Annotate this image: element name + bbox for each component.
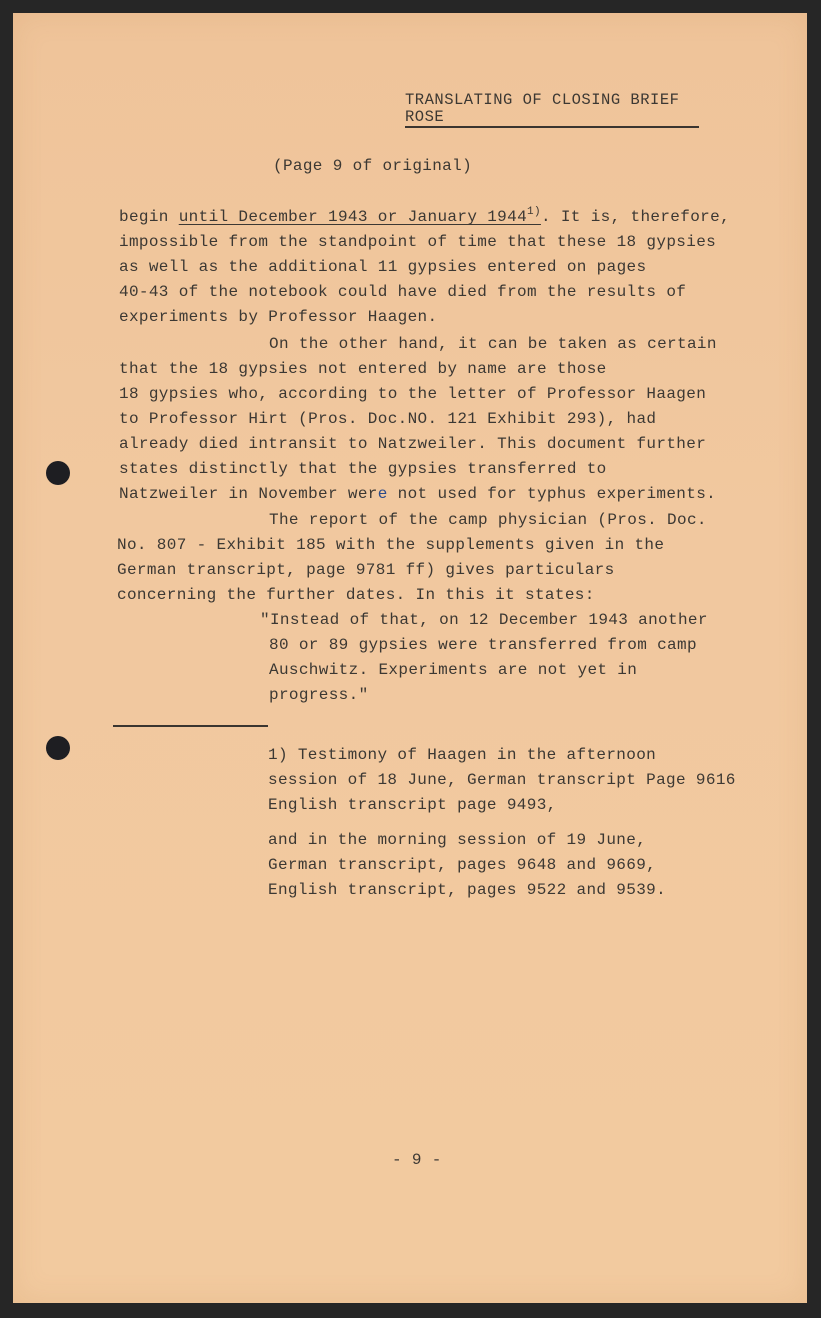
header-subtitle: ROSE — [405, 108, 444, 126]
text: until December 1943 or January 1944 — [179, 208, 527, 226]
punch-hole-bottom — [46, 736, 70, 760]
punch-hole-top — [46, 461, 70, 485]
page-reference: (Page 9 of original) — [273, 157, 472, 175]
header-title: TRANSLATING OF CLOSING BRIEF — [405, 91, 679, 109]
text: . It is, therefore, — [541, 208, 730, 226]
text: begin — [119, 208, 179, 226]
paragraph1-line: impossible from the standpoint of time t… — [119, 233, 716, 251]
paragraph2-line: to Professor Hirt (Pros. Doc.NO. 121 Exh… — [119, 410, 656, 428]
footnote-line: session of 18 June, German transcript Pa… — [268, 771, 736, 789]
footnote-line: English transcript, pages 9522 and 9539. — [268, 881, 666, 899]
paragraph3-line: concerning the further dates. In this it… — [117, 586, 595, 604]
page-number: - 9 - — [392, 1151, 442, 1169]
text: not used for typhus experiments. — [388, 485, 716, 503]
paragraph3-line: The report of the camp physician (Pros. … — [269, 511, 707, 529]
footnote-line: German transcript, pages 9648 and 9669, — [268, 856, 656, 874]
paragraph2-line: that the 18 gypsies not entered by name … — [119, 360, 607, 378]
paragraph1-line: 40-43 of the notebook could have died fr… — [119, 283, 686, 301]
paragraph1-line1: begin until December 1943 or January 194… — [119, 208, 730, 226]
paragraph2-last-line: Natzweiler in November were not used for… — [119, 485, 716, 503]
footnote-separator — [113, 725, 268, 727]
header-underline — [405, 126, 699, 128]
document-page — [13, 13, 807, 1303]
paragraph2-line: states distinctly that the gypsies trans… — [119, 460, 607, 478]
quote-line: Auschwitz. Experiments are not yet in — [269, 661, 637, 679]
underlined-date-range: until December 1943 or January 19441) — [179, 208, 541, 226]
paragraph3-line: German transcript, page 9781 ff) gives p… — [117, 561, 615, 579]
footnote-line: and in the morning session of 19 June, — [268, 831, 646, 849]
footnote-line: English transcript page 9493, — [268, 796, 557, 814]
footnote-line: 1) Testimony of Haagen in the afternoon — [268, 746, 656, 764]
paragraph2-line: 18 gypsies who, according to the letter … — [119, 385, 706, 403]
footnote-mark: 1) — [527, 206, 541, 218]
paragraph1-line: experiments by Professor Haagen. — [119, 308, 437, 326]
paragraph2-line: On the other hand, it can be taken as ce… — [269, 335, 717, 353]
handwritten-correction: e — [378, 485, 388, 503]
quote-line: "Instead of that, on 12 December 1943 an… — [260, 611, 708, 629]
quote-line: 80 or 89 gypsies were transferred from c… — [269, 636, 697, 654]
paragraph3-line: No. 807 - Exhibit 185 with the supplemen… — [117, 536, 664, 554]
paragraph1-line: as well as the additional 11 gypsies ent… — [119, 258, 646, 276]
text: Natzweiler in November wer — [119, 485, 378, 503]
quote-line: progress." — [269, 686, 369, 704]
paragraph2-line: already died intransit to Natzweiler. Th… — [119, 435, 706, 453]
